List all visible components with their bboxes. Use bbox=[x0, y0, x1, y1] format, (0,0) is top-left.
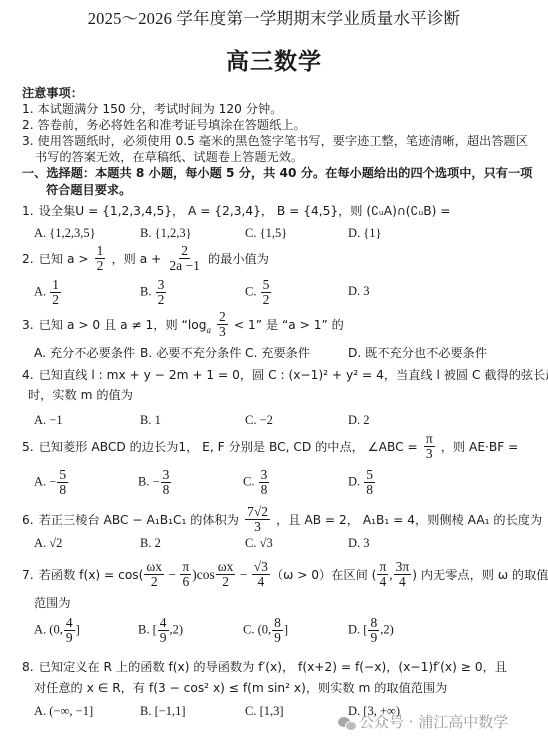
option-a: A. −58 bbox=[34, 468, 69, 497]
question-3: 3. 已知 a > 0 且 a ≠ 1，则 “loga 23 < 1” 是 “a… bbox=[22, 310, 344, 339]
option-a: A. 12 bbox=[34, 278, 62, 307]
exam-page: 2025～2026 学年度第一学期期末学业质量水平诊断 高三数学 注意事项： 1… bbox=[0, 0, 548, 741]
question-number: 2. bbox=[22, 252, 34, 266]
option-b: B. 1 bbox=[140, 413, 161, 428]
question-number: 5. bbox=[22, 440, 34, 454]
section-heading: 一、选择题：本题共 8 小题，每小题 5 分，共 40 分。在每小题给出的四个选… bbox=[22, 165, 532, 181]
fraction: 23 bbox=[217, 310, 228, 339]
option-a: A. 充分不必要条件 bbox=[34, 345, 135, 361]
option-b: B. 2 bbox=[140, 536, 161, 551]
notice-item: 1. 本试题满分 150 分，考试时间为 120 分钟。 bbox=[22, 101, 282, 117]
option-a: A. {1,2,3,5} bbox=[34, 226, 96, 241]
option-c: C. [1,3] bbox=[245, 704, 284, 719]
question-6: 6. 若正三棱台 ABC − A₁B₁C₁ 的体积为 7√23 ，且 AB = … bbox=[22, 505, 542, 534]
question-2: 2. 已知 a > 12 ，则 a + 22a −1 的最小值为 bbox=[22, 244, 269, 273]
option-a: A. (−∞, −1] bbox=[34, 704, 93, 719]
notice-heading: 注意事项： bbox=[22, 85, 83, 101]
option-c: C. 充要条件 bbox=[245, 345, 310, 361]
option-a: A. √2 bbox=[34, 536, 62, 551]
question-stem: 已知定义在 R 上的函数 f(x) 的导函数为 f′(x)， f(x+2) = … bbox=[39, 660, 507, 674]
fraction: 12 bbox=[95, 244, 106, 273]
option-c: C. −2 bbox=[245, 413, 273, 428]
question-stem: 设全集U = {1,2,3,4,5}， A = {2,3,4}， B = {4,… bbox=[39, 204, 451, 218]
option-b: B. 必要不充分条件 bbox=[140, 345, 241, 361]
question-4: 4. 已知直线 l : mx + y − 2m + 1 = 0，圆 C : (x… bbox=[22, 364, 548, 383]
question-stem: 已知 a > bbox=[39, 252, 89, 266]
option-d: D. {1} bbox=[348, 226, 382, 241]
option-c: C. {1,5} bbox=[245, 226, 287, 241]
question-stem: 若正三棱台 ABC − A₁B₁C₁ 的体积为 bbox=[39, 513, 239, 527]
question-5: 5. 已知菱形 ABCD 的边长为1， E, F 分别是 BC, CD 的中点，… bbox=[22, 432, 518, 461]
option-b: B. −38 bbox=[138, 468, 172, 497]
option-c: C. √3 bbox=[245, 536, 273, 551]
question-stem: 已知直线 l : mx + y − 2m + 1 = 0，圆 C : (x−1)… bbox=[39, 368, 548, 382]
option-c: C. 52 bbox=[245, 278, 272, 307]
wechat-icon bbox=[338, 716, 356, 730]
question-number: 1. bbox=[22, 204, 34, 218]
question-stem-cont: 范围为 bbox=[34, 595, 71, 611]
option-b: B. 32 bbox=[140, 278, 167, 307]
question-stem-cont: 对任意的 x ∈ R，有 f(3 − cos² x) ≤ f(m sin² x)… bbox=[34, 680, 447, 696]
question-number: 7. bbox=[22, 568, 34, 582]
watermark-text: 公众号 · 浦江高中数学 bbox=[359, 713, 508, 731]
section-heading-cont: 符合题目要求。 bbox=[46, 182, 131, 198]
fraction: 22a −1 bbox=[167, 244, 201, 273]
question-number: 8. bbox=[22, 660, 34, 674]
question-1: 1. 设全集U = {1,2,3,4,5}， A = {2,3,4}， B = … bbox=[22, 200, 450, 219]
question-stem: 已知 a > 0 且 a ≠ 1，则 “log bbox=[39, 318, 207, 332]
question-stem: 已知菱形 ABCD 的边长为1， E, F 分别是 BC, CD 的中点， ∠A… bbox=[39, 440, 418, 454]
question-stem-cont: 时，实数 m 的值为 bbox=[28, 387, 133, 403]
question-stem: 若函数 f(x) = cos( bbox=[39, 568, 144, 582]
option-a: A. (0,49] bbox=[34, 616, 80, 645]
option-d: D. 3 bbox=[348, 284, 370, 299]
subject-title: 高三数学 bbox=[0, 43, 548, 76]
option-d: D. 3 bbox=[348, 536, 370, 551]
notice-item: 3. 使用答题纸时，必须使用 0.5 毫米的黑色签字笔书写，要字迹工整，笔迹清晰… bbox=[22, 133, 528, 149]
watermark: 公众号 · 浦江高中数学 bbox=[338, 711, 508, 732]
question-number: 6. bbox=[22, 513, 34, 527]
fraction: 7√23 bbox=[245, 505, 270, 534]
option-b: B. {1,2,3} bbox=[140, 226, 192, 241]
question-8: 8. 已知定义在 R 上的函数 f(x) 的导函数为 f′(x)， f(x+2)… bbox=[22, 656, 507, 675]
exam-title: 2025～2026 学年度第一学期期末学业质量水平诊断 bbox=[0, 5, 548, 29]
option-b: B. [−1,1] bbox=[140, 704, 186, 719]
option-d: D. 既不充分也不必要条件 bbox=[348, 345, 487, 361]
notice-item: 书写的答案无效，在草稿纸、试题卷上答题无效。 bbox=[35, 149, 303, 165]
notice-item: 2. 答卷前，务必将姓名和准考证号填涂在答题纸上。 bbox=[22, 117, 306, 133]
fraction: π3 bbox=[424, 432, 435, 461]
option-d: D. 58 bbox=[348, 468, 376, 497]
question-number: 3. bbox=[22, 318, 34, 332]
option-c: C. 38 bbox=[243, 468, 270, 497]
question-number: 4. bbox=[22, 368, 34, 382]
option-a: A. −1 bbox=[34, 413, 63, 428]
question-7: 7. 若函数 f(x) = cos(ωx2 − π6)cosωx2 − √34（… bbox=[22, 560, 548, 589]
option-b: B. [49,2) bbox=[138, 616, 183, 645]
option-c: C. (0,89] bbox=[243, 616, 288, 645]
option-d: D. [89,2) bbox=[348, 616, 394, 645]
option-d: D. 2 bbox=[348, 413, 370, 428]
